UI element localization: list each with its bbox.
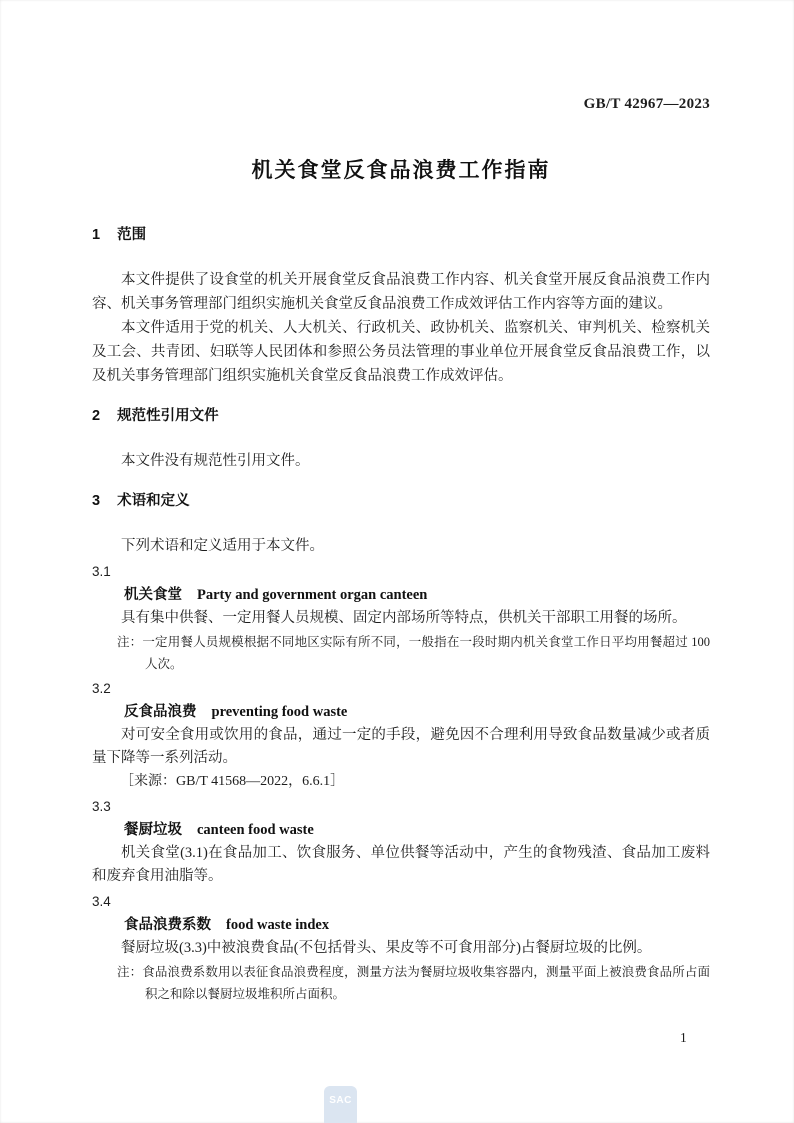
section-2-title: 规范性引用文件 xyxy=(117,408,219,424)
section-2-number: 2 xyxy=(92,408,100,425)
term-definition: 具有集中供餐、一定用餐人员规模、固定内部场所等特点，供机关干部职工用餐的场所。 xyxy=(92,607,710,630)
term-name-zh: 反食品浪费 xyxy=(124,704,197,720)
term-number: 3.3 xyxy=(92,796,710,818)
scope-paragraph-1: 本文件提供了设食堂的机关开展食堂反食品浪费工作内容、机关食堂开展反食品浪费工作内… xyxy=(92,268,710,316)
term-number: 3.1 xyxy=(92,561,710,583)
sac-watermark-logo: SAC xyxy=(324,1086,357,1123)
standard-number: GB/T 42967—2023 xyxy=(584,96,710,112)
terms-list: 3.1 机关食堂Party and government organ cante… xyxy=(92,561,710,1005)
term-number: 3.4 xyxy=(92,891,710,913)
term-entry-3-1: 3.1 机关食堂Party and government organ cante… xyxy=(92,561,710,675)
term-name-zh: 餐厨垃圾 xyxy=(124,822,182,838)
section-3-title: 术语和定义 xyxy=(117,493,190,509)
page-number: 1 xyxy=(680,1030,687,1046)
normative-references-paragraph: 本文件没有规范性引用文件。 xyxy=(92,449,710,473)
term-definition: 对可安全食用或饮用的食品，通过一定的手段，避免因不合理利用导致食品数量减少或者质… xyxy=(92,724,710,770)
document-page: GB/T 42967—2023 机关食堂反食品浪费工作指南 1范围 本文件提供了… xyxy=(0,0,794,1123)
section-terms-definitions: 3术语和定义 下列术语和定义适用于本文件。 3.1 机关食堂Party and … xyxy=(92,493,710,1005)
term-heading: 食品浪费系数food waste index xyxy=(92,913,710,937)
term-definition: 机关食堂(3.1)在食品加工、饮食服务、单位供餐等活动中，产生的食物残渣、食品加… xyxy=(92,842,710,888)
term-entry-3-3: 3.3 餐厨垃圾canteen food waste 机关食堂(3.1)在食品加… xyxy=(92,796,710,888)
term-name-zh: 食品浪费系数 xyxy=(124,917,211,933)
section-1-title: 范围 xyxy=(117,227,146,243)
scope-paragraph-2: 本文件适用于党的机关、人大机关、行政机关、政协机关、监察机关、审判机关、检察机关… xyxy=(92,316,710,388)
section-1-number: 1 xyxy=(92,227,100,244)
term-entry-3-2: 3.2 反食品浪费preventing food waste 对可安全食用或饮用… xyxy=(92,678,710,793)
term-heading: 反食品浪费preventing food waste xyxy=(92,700,710,724)
term-name-en: food waste index xyxy=(226,917,329,933)
document-title: 机关食堂反食品浪费工作指南 xyxy=(92,157,710,185)
terms-intro-paragraph: 下列术语和定义适用于本文件。 xyxy=(92,534,710,558)
term-name-en: canteen food waste xyxy=(197,822,314,838)
section-scope: 1范围 本文件提供了设食堂的机关开展食堂反食品浪费工作内容、机关食堂开展反食品浪… xyxy=(92,227,710,388)
section-1-heading: 1范围 xyxy=(92,227,710,244)
doc-header: GB/T 42967—2023 xyxy=(92,96,710,113)
term-source-reference: ［来源：GB/T 41568—2022，6.6.1］ xyxy=(92,770,710,793)
term-name-zh: 机关食堂 xyxy=(124,587,182,603)
term-number: 3.2 xyxy=(92,678,710,700)
term-name-en: preventing food waste xyxy=(212,704,348,720)
section-3-number: 3 xyxy=(92,493,100,510)
term-definition: 餐厨垃圾(3.3)中被浪费食品(不包括骨头、果皮等不可食用部分)占餐厨垃圾的比例… xyxy=(92,937,710,960)
section-3-heading: 3术语和定义 xyxy=(92,493,710,510)
term-heading: 机关食堂Party and government organ canteen xyxy=(92,583,710,607)
term-name-en: Party and government organ canteen xyxy=(197,587,427,603)
section-2-heading: 2规范性引用文件 xyxy=(92,408,710,425)
term-entry-3-4: 3.4 食品浪费系数food waste index 餐厨垃圾(3.3)中被浪费… xyxy=(92,891,710,1005)
term-note: 注：一定用餐人员规模根据不同地区实际有所不同，一般指在一段时期内机关食堂工作日平… xyxy=(117,631,710,675)
term-note: 注：食品浪费系数用以表征食品浪费程度，测量方法为餐厨垃圾收集容器内，测量平面上被… xyxy=(117,961,710,1005)
section-normative-references: 2规范性引用文件 本文件没有规范性引用文件。 xyxy=(92,408,710,473)
term-heading: 餐厨垃圾canteen food waste xyxy=(92,818,710,842)
